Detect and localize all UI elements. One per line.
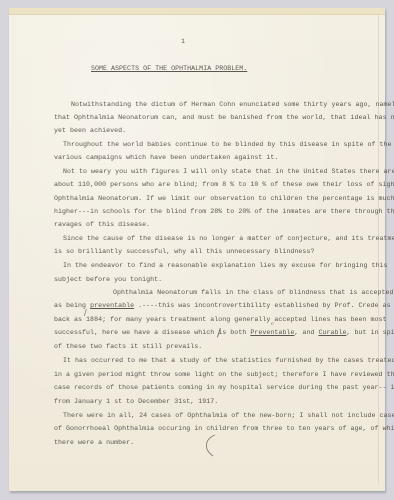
text-segment: .----this was incontrovertibility establ… bbox=[134, 302, 394, 309]
body-line-l8: Ophthalmia Neonatorum. If we limit our o… bbox=[54, 195, 394, 203]
underlined-word-curable: Curable bbox=[318, 329, 346, 336]
body-line-l20: It has occurred to me that a study of th… bbox=[63, 357, 394, 365]
body-line-l22: case records of those patients coming in… bbox=[54, 384, 394, 392]
body-line-l23: from January 1 st to December 31st, 1917… bbox=[54, 398, 218, 406]
body-line-l17: back as 1884; for many years treatment a… bbox=[54, 316, 387, 324]
body-line-l15: Ophthalmia Neonatorum falls in the class… bbox=[113, 289, 393, 297]
underlined-word-preventable: preventable bbox=[90, 302, 134, 309]
handwritten-check-mark: / bbox=[84, 308, 87, 317]
document-page: 1 SOME ASPECTS OF THE OPHTHALMIA PROBLEM… bbox=[9, 8, 385, 491]
handwritten-c-mark: c bbox=[271, 321, 274, 327]
text-segment: , and bbox=[294, 329, 318, 336]
body-line-16: as being preventable .----this was incon… bbox=[54, 302, 394, 310]
body-line-l4: Throughout the world babies continue to … bbox=[63, 141, 392, 149]
body-line-l25: of Gonorrhoeal Ophthalmia occuring in ch… bbox=[54, 425, 394, 433]
body-line-l3: yet been achieved. bbox=[54, 127, 126, 135]
body-line-l6: Not to weary you with figures I will onl… bbox=[63, 168, 394, 176]
text-segment: , but in spite bbox=[347, 329, 394, 336]
handwritten-slash-mark: / bbox=[217, 326, 221, 339]
body-line-l12: is so brilliantly successful, why all th… bbox=[54, 248, 314, 256]
body-line-l24: There were in all, 24 cases of Ophthalmi… bbox=[63, 412, 394, 420]
pencil-arc-mark bbox=[199, 433, 219, 459]
body-line-l21: in a given period might throw some light… bbox=[54, 371, 394, 379]
body-line-l7: about 110,000 persons who are blind; fro… bbox=[54, 181, 394, 189]
body-line-l13: In the endeavor to find a reasonable exp… bbox=[63, 262, 388, 270]
body-line-l5: various campaigns which have been undert… bbox=[54, 154, 278, 162]
body-line-l2: that Ophthalmia Neonatorum can, and must… bbox=[54, 114, 394, 122]
body-line-l14: subject before you tonight. bbox=[54, 276, 162, 284]
body-line-l26: there were a number. bbox=[54, 439, 134, 447]
body-line-l11: Since the cause of the disease is no lon… bbox=[63, 235, 394, 243]
body-line-l19: of these two facts it still prevails. bbox=[54, 343, 202, 351]
page-number: 1 bbox=[181, 38, 185, 46]
body-line-l1: Notwithstanding the dictum of Herman Coh… bbox=[71, 101, 394, 109]
body-line-18: successful, here we have a disease which… bbox=[54, 329, 394, 337]
document-title: SOME ASPECTS OF THE OPHTHALMIA PROBLEM. bbox=[91, 65, 247, 73]
body-line-l9: higher---in schools for the blind from 2… bbox=[54, 208, 394, 216]
underlined-word-preventable: Preventable bbox=[250, 329, 294, 336]
body-line-l10: ravages of this disease. bbox=[54, 221, 150, 229]
paper-top-strip bbox=[9, 8, 385, 15]
